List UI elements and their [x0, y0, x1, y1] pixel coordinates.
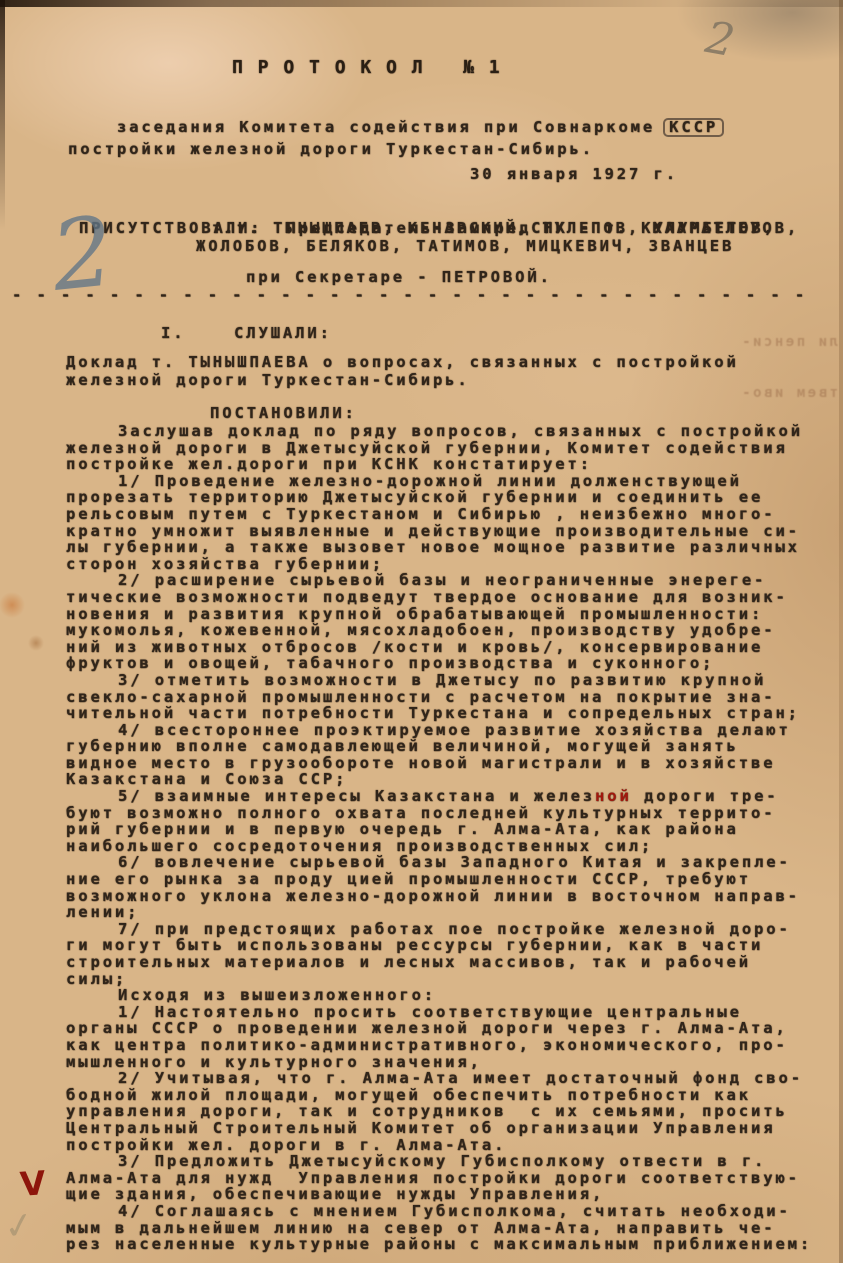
body-line: Заслушав доклад по ряду вопросов, связан…: [66, 423, 836, 440]
body-line: железной дороги в Джетысуйской губернии,…: [66, 440, 836, 457]
body-line: ги могут быть использованы рессурсы губе…: [66, 937, 836, 954]
handwritten-page-number: 2: [702, 12, 738, 67]
body-line: кратно умножит выявленные и действующие …: [66, 523, 836, 540]
document-title: П Р О Т О К О Л № 1: [232, 57, 502, 78]
body-line: рельсовым путем с Туркестаном и Сибирью …: [66, 506, 836, 523]
body-line-segment: 5/ взаимные интересы Казакстана и желез: [118, 787, 595, 805]
header-line-1-text: заседания Комитета содействия при Совнар…: [117, 118, 655, 136]
body-line: губернию вполне самодавлеющей величиной,…: [66, 738, 836, 755]
body-line: управления дороги, так и сотрудников с и…: [66, 1103, 836, 1120]
secretary-line: при Секретаре - ПЕТРОВОЙ.: [246, 268, 552, 286]
body-line: лы губернии, а также вызовет новое мощно…: [66, 539, 836, 556]
report-line-2: железной дороги Туркестан-Сибирь.: [66, 371, 470, 389]
body-line: как центра политико-административного, э…: [66, 1037, 836, 1054]
section-number: I.: [161, 324, 185, 342]
body-lines: Заслушав доклад по ряду вопросов, связан…: [66, 423, 836, 1253]
body-line: 1/ Проведение железно-дорожной линии дол…: [66, 473, 836, 490]
bleed-through-line: твем иво-: [648, 385, 838, 402]
body-line: 2/ Учитывая, что г. Алма-Ата имеет доста…: [66, 1070, 836, 1087]
body-line: чительной части потребности Туркестана и…: [66, 705, 836, 722]
header-line-2: постройки железной дороги Туркестан-Сиби…: [68, 140, 594, 158]
scanned-document-page: 2 П Р О Т О К О Л № 1 заседания Комитета…: [0, 0, 843, 1263]
page-edge-right-shadow: [839, 0, 843, 1263]
body-line: сторон хозяйства губернии;: [66, 556, 836, 573]
red-check-mark: V: [19, 1163, 47, 1204]
document-date: 30 января 1927 г.: [470, 165, 678, 183]
body-line: ние его рынка за проду цией промышленнос…: [66, 871, 836, 888]
body-line: щие здания, обеспечивающие нужды Управле…: [66, 1186, 836, 1203]
report-line-1: Доклад т. ТЫНЫШПАЕВА о вопросах, связанн…: [66, 353, 739, 371]
body-line: 4/ всестороннее проэктируемое развитие х…: [66, 722, 836, 739]
body-line: 5/ взаимные интересы Казакстана и железн…: [66, 788, 836, 805]
body-line: буют возможно полного охвата последней к…: [66, 805, 836, 822]
body-line: силы;: [66, 971, 836, 988]
attendees-line-3: ЖОЛОБОВ, БЕЛЯКОВ, ТАТИМОВ, МИЦКЕВИЧ, ЗВА…: [196, 237, 734, 255]
page-edge-left-shadow: [0, 0, 5, 230]
body-line: строительных материалов и лесных массиво…: [66, 954, 836, 971]
bleed-through-line: ли пенси-: [648, 334, 838, 351]
body-line: возможного уклона железно-дорожной линии…: [66, 888, 836, 905]
body-line: прорезать территорию Джетысуйской губерн…: [66, 489, 836, 506]
body-line: 4/ Соглашаясь с мнением Губисполкома, сч…: [66, 1203, 836, 1220]
red-ink-correction: ной: [595, 787, 632, 805]
body-line: видное место в грузообороте новой магист…: [66, 755, 836, 772]
body-line: рез населенные культурные районы с макси…: [66, 1236, 836, 1253]
attendees-line-2: т.т. ТЫНЫШПАЕВ, КЕНАРСКИЙ, ТУЛЕПОВ, КААР…: [212, 219, 799, 237]
body-line: лении;: [66, 904, 836, 921]
body-line: бодной жилой площади, могущей обеспечить…: [66, 1087, 836, 1104]
body-line: постройке жел.дороги при КСНК констатиру…: [66, 456, 836, 473]
body-line: наибольшего сосредоточения производствен…: [66, 838, 836, 855]
body-line: 2/ расширение сырьевой базы и неограниче…: [66, 572, 836, 589]
body-line: 1/ Настоятельно просить соответствующие …: [66, 1004, 836, 1021]
body-line: Центральный Строительный Комитет об орга…: [66, 1120, 836, 1137]
body-line: Алма-Ата для нужд Управления постройки д…: [66, 1170, 836, 1187]
body-line: мышленного и культурного значения,: [66, 1054, 836, 1071]
body-line: Казакстана и Союза ССР;: [66, 771, 836, 788]
body-line: 7/ при предстоящих работах пое постройке…: [66, 921, 836, 938]
handwritten-margin-number: 2: [46, 195, 118, 313]
body-line: 3/ отметить возможности в Джетысу по раз…: [66, 672, 836, 689]
body-line: мукомолья, кожевенной, мясохладобоен, пр…: [66, 622, 836, 639]
penciled-box-kssr: КССР: [663, 118, 724, 137]
body-line: новения и развития крупной обрабатывающе…: [66, 606, 836, 623]
body-line: тические возможности подведут твердое ос…: [66, 589, 836, 606]
body-line: ний из животных отбросов /кости и кровь/…: [66, 639, 836, 656]
resolved-heading: ПОСТАНОВИЛИ:: [210, 404, 357, 422]
body-line: 6/ вовлечение сырьевой базы Западного Ки…: [66, 854, 836, 871]
body-line: рий губернии и в первую очередь г. Алма-…: [66, 821, 836, 838]
body-line: органы СССР о проведении железной дороги…: [66, 1020, 836, 1037]
body-line: постройки жел. дороги в г. Алма-Ата.: [66, 1137, 836, 1154]
pencil-check-mark: ✓: [1, 1204, 38, 1250]
body-line: мым в дальнейшем линию на север от Алма-…: [66, 1220, 836, 1237]
body-line: фруктов и овощей, табачного производства…: [66, 655, 836, 672]
body-line: свекло-сахарной промышленности с расчето…: [66, 689, 836, 706]
body-line: Исходя из вышеизложенного:: [66, 987, 836, 1004]
heard-heading: СЛУШАЛИ:: [234, 324, 332, 342]
body-line: 3/ Предложить Джетысуйскому Губисполкому…: [66, 1153, 836, 1170]
page-edge-top-shadow: [0, 0, 843, 7]
body-line-segment: дороги тре-: [632, 787, 779, 805]
